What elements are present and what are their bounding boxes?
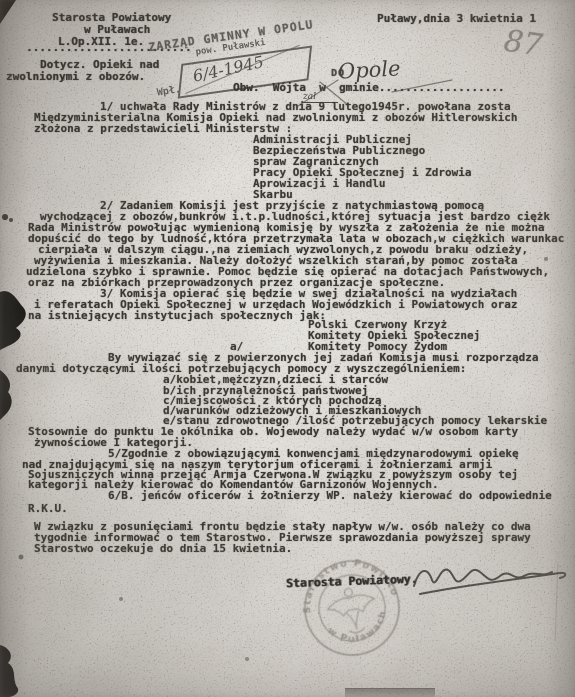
typewritten-line: R.K.U. (28, 502, 68, 515)
adjacent-page-fragment (345, 688, 435, 697)
scanned-document-page: Starosta Powiatowy w Puławach L.Op.XII. … (0, 0, 575, 697)
svg-text:w Puławach: w Puławach (322, 607, 394, 652)
handwritten-signature (410, 556, 570, 608)
typewritten-line: na istniejących instytucjach społecznych… (28, 309, 326, 322)
typewritten-line: Starostwo oczekuje do dnia 15 kwietnia. (34, 542, 292, 555)
seal-bottom-text: w Puławach (322, 607, 394, 652)
typewritten-line: 6/B. jeńców oficerów i żołnierzy WP. nal… (108, 489, 552, 502)
paper-specks (0, 0, 2, 2)
